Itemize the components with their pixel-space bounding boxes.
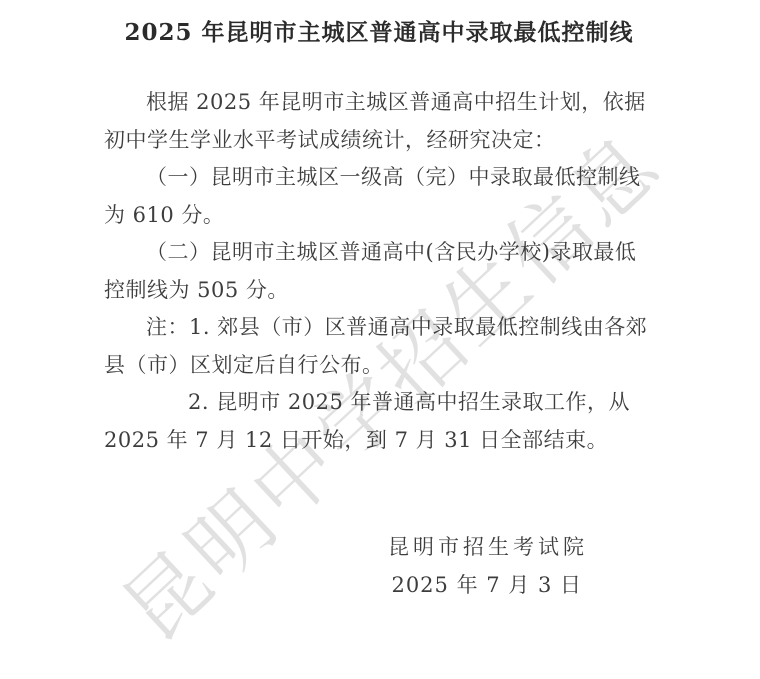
issuing-authority-signature: 昆明市招生考试院 bbox=[104, 529, 654, 567]
paragraph-note-2: 2. 昆明市 2025 年普通高中招生录取工作，从 2025 年 7 月 12 … bbox=[104, 384, 654, 459]
paragraph-note-1: 注：1. 郊县（市）区普通高中录取最低控制线由各郊县（市）区划定后自行公布。 bbox=[104, 309, 654, 384]
paragraph-intro: 根据 2025 年昆明市主城区普通高中招生计划，依据初中学生学业水平考试成绩统计… bbox=[104, 84, 654, 159]
document-title: 2025 年昆明市主城区普通高中录取最低控制线 bbox=[104, 18, 654, 48]
document-body: 根据 2025 年昆明市主城区普通高中招生计划，依据初中学生学业水平考试成绩统计… bbox=[104, 84, 654, 459]
document-page: 昆明中学招生信息 2025 年昆明市主城区普通高中录取最低控制线 根据 2025… bbox=[0, 0, 760, 679]
paragraph-item-1-tier1-line: （一）昆明市主城区一级高（完）中录取最低控制线为 610 分。 bbox=[104, 159, 654, 234]
issue-date: 2025 年 7 月 3 日 bbox=[104, 567, 654, 605]
signature-block: 昆明市招生考试院 2025 年 7 月 3 日 bbox=[104, 529, 654, 604]
paragraph-item-2-regular-line: （二）昆明市主城区普通高中(含民办学校)录取最低控制线为 505 分。 bbox=[104, 234, 654, 309]
document-content: 2025 年昆明市主城区普通高中录取最低控制线 根据 2025 年昆明市主城区普… bbox=[0, 0, 704, 604]
